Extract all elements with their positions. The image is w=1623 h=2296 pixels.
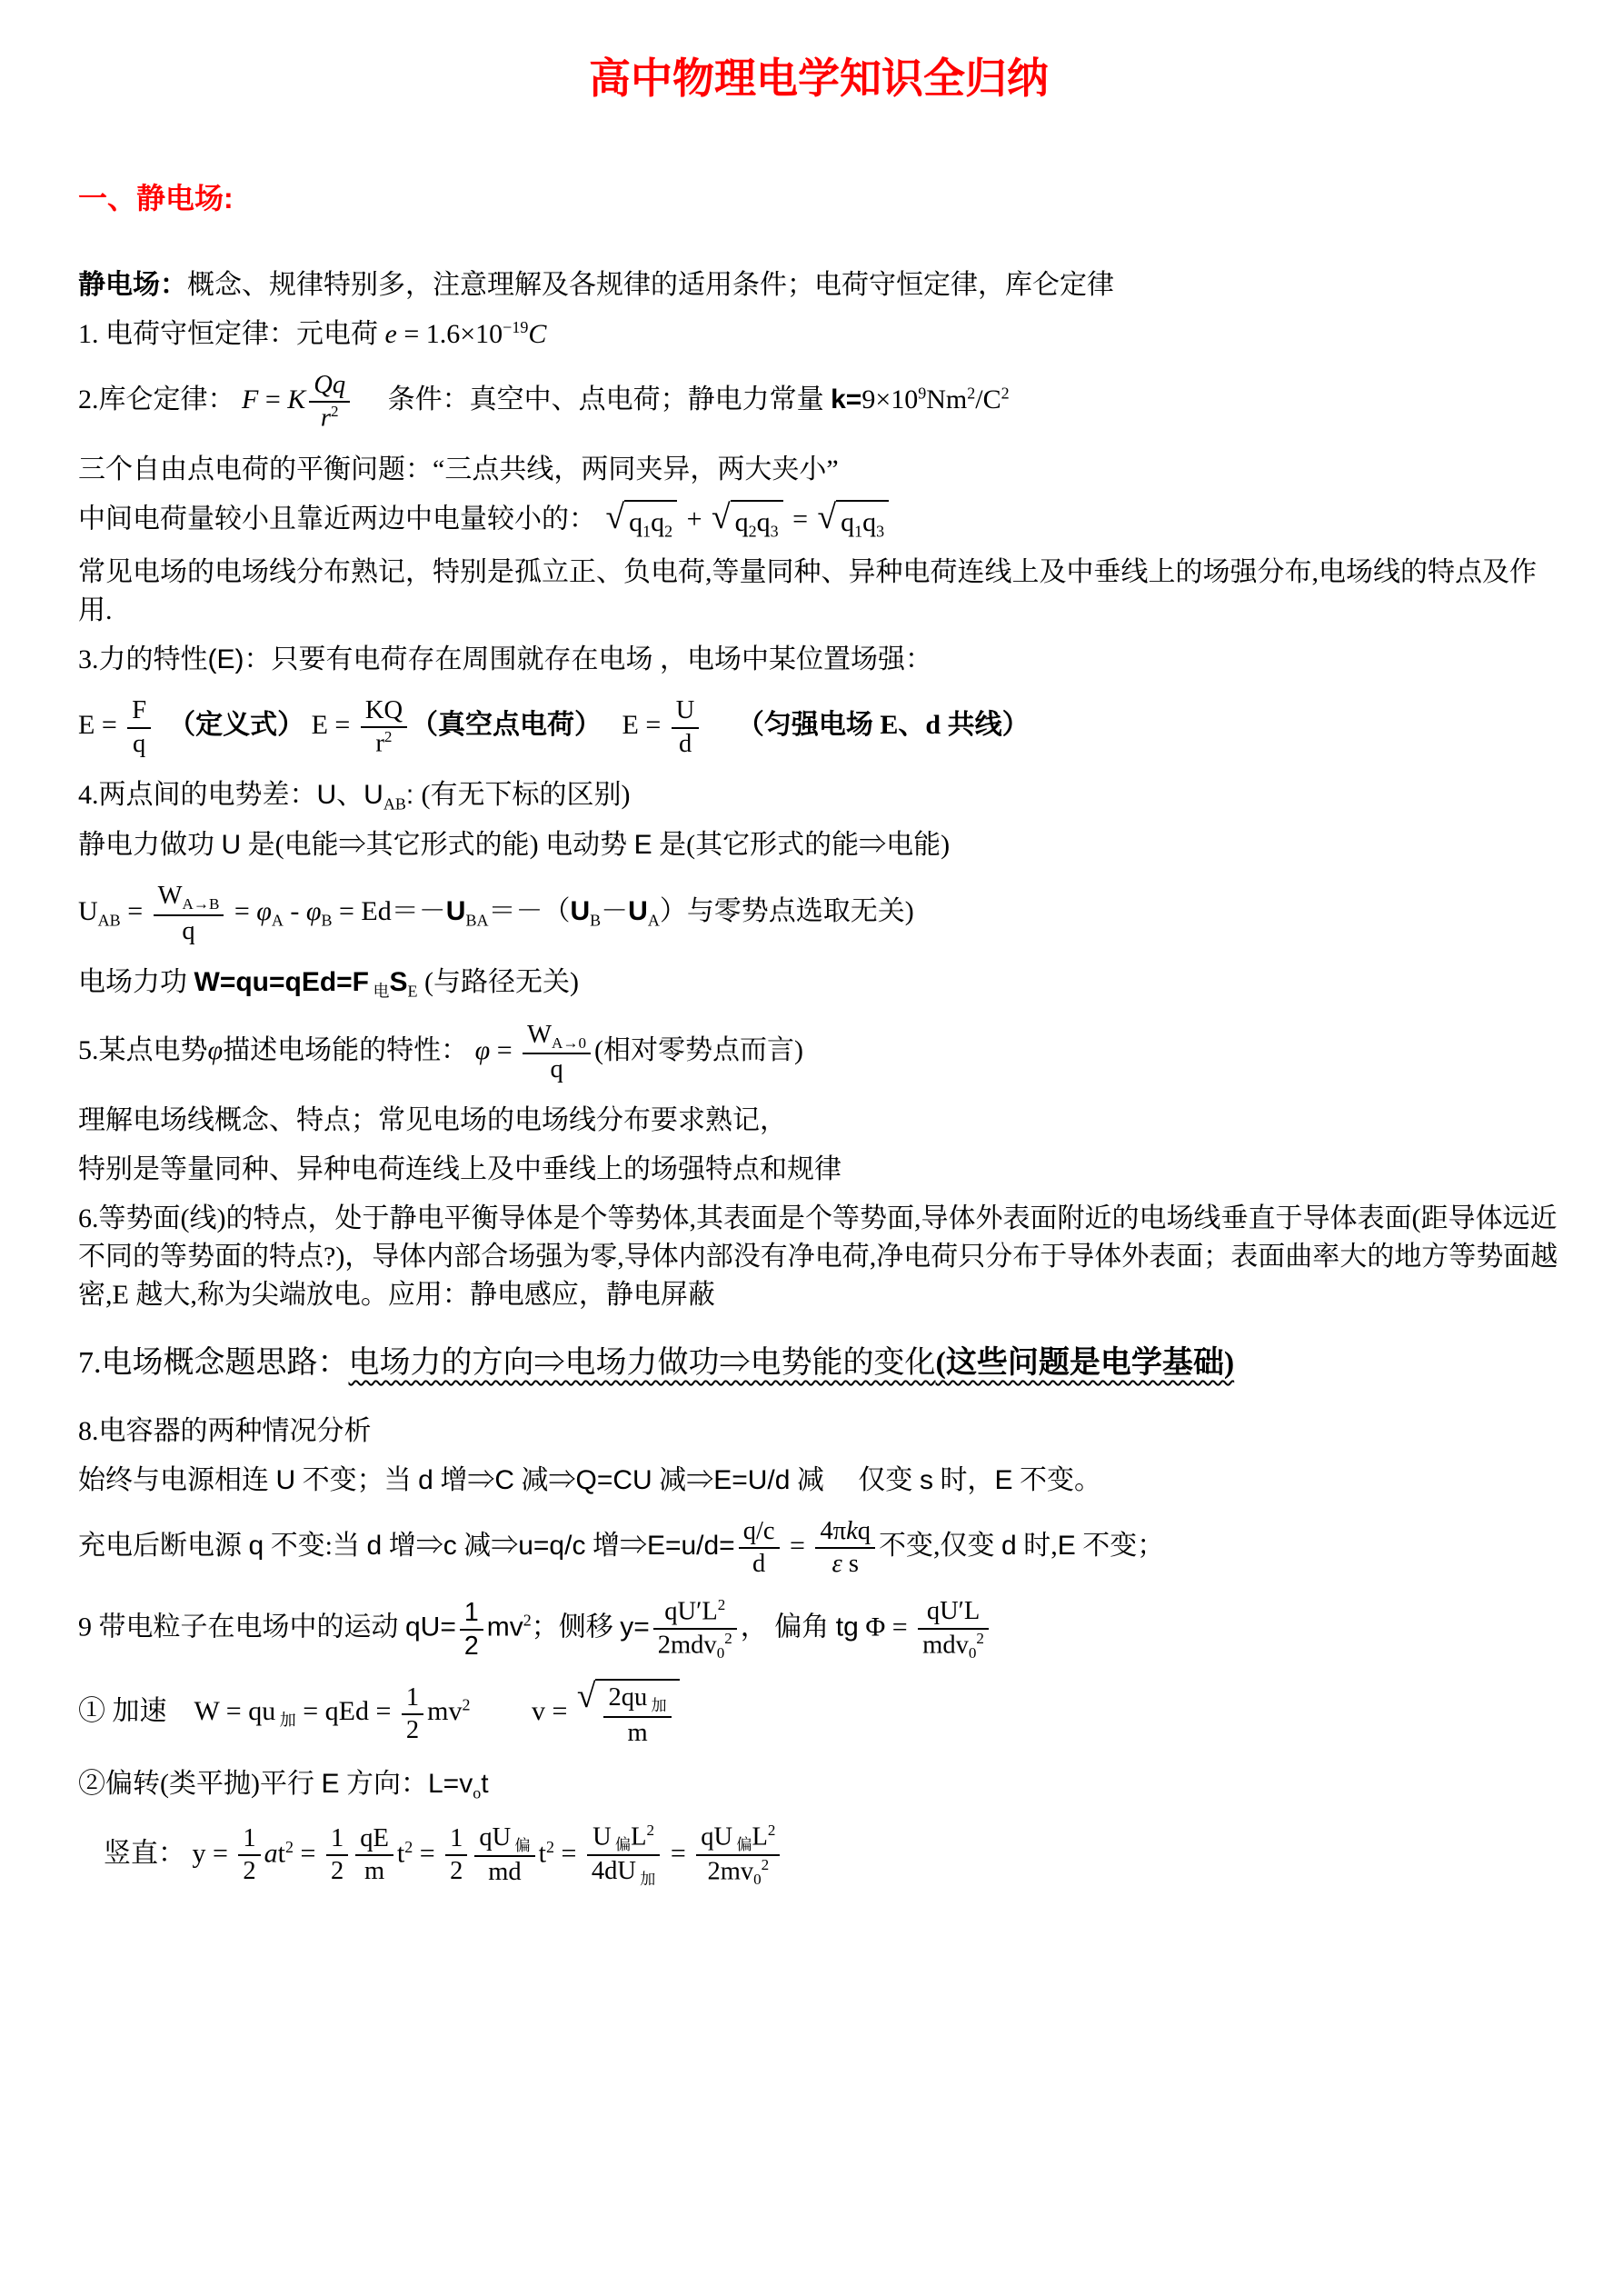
text-run: C xyxy=(528,319,546,349)
text-run: 2 xyxy=(406,1716,419,1744)
text-run: U xyxy=(676,696,695,724)
text-run: q xyxy=(735,507,749,537)
section-heading: 一、静电场: xyxy=(78,178,1559,219)
text-run: U、U xyxy=(317,780,383,810)
text-run: 2 xyxy=(664,522,672,540)
text-run: (E) xyxy=(208,644,244,674)
text-run: 9 xyxy=(918,384,926,403)
text-run: 2 xyxy=(1001,384,1010,403)
text-run: （真空点电荷） xyxy=(411,711,588,741)
fraction: 12 xyxy=(460,1597,483,1662)
field-lines-note: 常见电场的电场线分布熟记，特别是孤立正、负电荷,等量同种、异种电荷连线上及中垂线… xyxy=(78,554,1559,630)
text-run: 1 xyxy=(450,1824,463,1852)
text-run: 2 xyxy=(967,384,975,403)
text-run: 2 xyxy=(768,1822,776,1839)
text-run: 2 xyxy=(331,403,339,420)
text-run: e xyxy=(385,319,397,349)
text-run: L=v xyxy=(428,1769,473,1799)
text-run: c xyxy=(443,1531,457,1561)
text-run: ） xyxy=(660,897,687,927)
text-run: 电场力的方向⇒电场力做功⇒电势能的变化 xyxy=(349,1346,936,1380)
vertical-displacement-formula: 竖直： y = 12at2 = 12qEmt2 = 12qU 偏mdt2 = U… xyxy=(78,1822,1559,1890)
text-run: = qEd = xyxy=(296,1697,398,1727)
document-body: 一、静电场:静电场：概念、规律特别多，注意理解及各规律的适用条件；电荷守恒定律，… xyxy=(78,178,1559,1890)
fraction: 12 xyxy=(402,1682,423,1746)
item-7-concept-path: 7.电场概念题思路：电场力的方向⇒电场力做功⇒电势能的变化(这些问题是电学基础) xyxy=(78,1342,1559,1385)
field-line-review-1: 理解电场线概念、特点；常见电场的电场线分布要求熟记， xyxy=(78,1102,1559,1140)
acceleration-formula: ① 加速 W = qu 加 = qEd = 12mv2 v = √2qu 加m xyxy=(78,1679,1559,1749)
text-run: q xyxy=(133,730,145,758)
text-run: t xyxy=(278,1838,285,1868)
text-run: ＝－（ xyxy=(488,897,570,927)
text-run: tg xyxy=(836,1612,859,1642)
field-work-formula: 电场力功 W=qu=qEd=F 电SE (与路径无关) xyxy=(78,963,1559,1003)
text-run: y = xyxy=(193,1838,235,1868)
text-run: 0 xyxy=(753,1872,762,1889)
text-run: B xyxy=(590,912,601,930)
text-run: v = xyxy=(532,1697,574,1727)
text-run: E = xyxy=(588,711,668,741)
text-run: = xyxy=(413,1838,442,1868)
text-run: E=u/d= xyxy=(647,1531,735,1561)
text-run: q xyxy=(841,507,854,537)
text-run: = xyxy=(663,1838,692,1868)
text-run: = xyxy=(554,1838,583,1868)
fraction: Qqr2 xyxy=(309,370,350,434)
text-run: 2 xyxy=(331,1857,344,1885)
text-run: o xyxy=(473,1783,481,1802)
fraction: qEm xyxy=(355,1823,393,1887)
text-run: U xyxy=(78,897,98,927)
fraction: 2qu 加m xyxy=(603,1682,671,1749)
text-run: = xyxy=(786,504,815,534)
text-run: s xyxy=(920,1465,933,1495)
text-run: d xyxy=(418,1465,433,1495)
text-run: L xyxy=(752,1822,767,1851)
text-run: E xyxy=(321,1769,339,1799)
text-run: E = xyxy=(304,711,357,741)
text-run: 2 xyxy=(647,1822,655,1839)
text-run: 2 xyxy=(462,1696,470,1714)
text-run: −19 xyxy=(503,318,528,336)
text-run: 2mv xyxy=(707,1858,753,1886)
fraction: KQr2 xyxy=(361,695,407,760)
text-run: 2 xyxy=(523,1612,532,1630)
text-run: = xyxy=(121,897,150,927)
text-run: + xyxy=(680,504,709,534)
text-run: （匀强电场 E、d 共线） xyxy=(737,711,1030,741)
text-run: 2 xyxy=(243,1857,255,1885)
item-8-capacitor: 8.电容器的两种情况分析 xyxy=(78,1413,1559,1451)
text-run: 1 xyxy=(642,522,651,540)
text-run: = xyxy=(258,384,287,414)
fraction: WA→0q xyxy=(523,1020,591,1086)
fraction: Fq xyxy=(127,695,151,759)
fraction: WA→Bq xyxy=(154,881,224,947)
text-run: = xyxy=(227,897,256,927)
text-run: s xyxy=(842,1550,859,1578)
text-run: k xyxy=(846,1517,858,1545)
text-run: E xyxy=(408,982,418,1000)
text-run: 加 xyxy=(275,1712,296,1730)
fraction: 4πkqε s xyxy=(815,1516,875,1580)
fraction: qU 偏L22mv02 xyxy=(696,1822,780,1890)
text-run: 1 xyxy=(243,1824,255,1852)
fraction: 12 xyxy=(238,1823,260,1887)
text-run: 1 xyxy=(406,1683,419,1712)
document-page: 高中物理电学知识全归纳 一、静电场:静电场：概念、规律特别多，注意理解及各规律的… xyxy=(0,0,1623,2296)
square-root: √q1q2 xyxy=(606,500,678,543)
text-run: q xyxy=(550,1055,563,1083)
text-run: qU= xyxy=(405,1612,456,1642)
text-run: 静电场： xyxy=(78,270,187,300)
text-run: t xyxy=(481,1769,488,1799)
text-run: KQ xyxy=(365,696,403,724)
item-4-potential-difference: 4.两点间的电势差：U、UAB: (有无下标的区别) xyxy=(78,776,1559,815)
text-run: m xyxy=(627,1719,647,1747)
text-run: A xyxy=(648,912,660,930)
text-run: = xyxy=(490,1035,519,1065)
text-run: mv xyxy=(487,1612,523,1642)
text-run: 1 xyxy=(464,1598,479,1627)
text-run: qU xyxy=(479,1823,511,1852)
text-run: d xyxy=(1001,1531,1017,1561)
square-root: √q1q3 xyxy=(818,500,890,543)
text-run: F xyxy=(132,696,146,724)
text-run: Φ = xyxy=(859,1612,914,1642)
text-run: = xyxy=(294,1838,323,1868)
text-run: 2 xyxy=(762,1856,770,1873)
text-run: a xyxy=(264,1838,278,1868)
text-run: = 1.6×10 xyxy=(397,319,503,349)
item-3-field-strength: 3.力的特性(E)：只要有电荷存在周围就存在电场 ，电场中某位置场强： xyxy=(78,641,1559,679)
text-run: （定义式） xyxy=(182,711,304,741)
item-9-particle-motion: 9 带电粒子在电场中的运动 qU=12mv2；侧移 y=qU′L22mdv02，… xyxy=(78,1596,1559,1662)
text-run: r xyxy=(375,730,384,758)
text-run: 2 xyxy=(976,1630,984,1647)
text-run: q xyxy=(249,1531,264,1561)
text-run: md xyxy=(488,1858,521,1886)
text-run: 1 xyxy=(331,1824,344,1852)
text-run: W=qu=qEd=F xyxy=(194,967,370,997)
text-run: W xyxy=(527,1021,552,1049)
text-run: qU xyxy=(701,1822,732,1851)
text-run: S xyxy=(390,967,408,997)
fraction: qU′L22mdv02 xyxy=(653,1596,737,1662)
text-run: 2 xyxy=(724,1630,732,1647)
text-run: 2 xyxy=(384,728,393,745)
text-run: φ xyxy=(475,1035,491,1065)
text-run: U xyxy=(628,897,648,927)
text-run: 偏 xyxy=(511,1837,530,1854)
text-run: AB xyxy=(98,912,121,930)
fraction: qU 偏md xyxy=(474,1822,534,1889)
fraction: 12 xyxy=(326,1823,348,1887)
text-run: 4π xyxy=(820,1517,846,1545)
text-run: mv xyxy=(427,1697,462,1727)
text-run: 1 xyxy=(854,522,862,540)
text-run: t xyxy=(539,1838,546,1868)
text-run: U xyxy=(570,897,590,927)
text-run: U xyxy=(592,1822,612,1851)
text-run: BA xyxy=(465,912,488,930)
text-run: (这些问题是电学基础) xyxy=(936,1346,1235,1380)
text-run: q xyxy=(757,507,771,537)
text-run: W = qu xyxy=(194,1697,276,1727)
text-run: E = xyxy=(78,711,124,741)
text-run: d xyxy=(679,730,692,758)
fraction: q/cd xyxy=(739,1516,780,1580)
text-run: 3 xyxy=(771,522,779,540)
text-run: r xyxy=(321,404,331,433)
square-root: √q2q3 xyxy=(712,500,783,543)
text-run: E xyxy=(634,830,652,860)
deflection-note: ②偏转(类平抛)平行 E 方向：L=vot xyxy=(78,1765,1559,1804)
text-run: d xyxy=(752,1550,765,1578)
middle-charge-relation: 中间电荷量较小且靠近两边中电量较小的： √q1q2 + √q2q3 = √q1q… xyxy=(78,500,1559,543)
item-6-equipotential: 6.等势面(线)的特点，处于静电平衡导体是个等势体,其表面是个等势面,导体外表面… xyxy=(78,1200,1559,1314)
text-run: U xyxy=(222,830,242,860)
text-run: 加 xyxy=(636,1871,655,1888)
uab-formula: UAB = WA→Bq = φA - φB = Ed＝－UBA＝－（UB－UA）… xyxy=(78,881,1559,947)
text-run: 2 xyxy=(749,522,757,540)
work-energy-note: 静电力做功 U 是(电能⇒其它形式的能) 电动势 E 是(其它形式的能⇒电能) xyxy=(78,826,1559,864)
text-run: ε xyxy=(832,1550,842,1578)
text-run: 0 xyxy=(717,1644,725,1662)
text-run: mdv xyxy=(922,1631,969,1659)
text-run: qU′L xyxy=(927,1597,980,1625)
text-run: 偏 xyxy=(732,1836,752,1853)
text-run: A→0 xyxy=(552,1034,586,1052)
text-run: 9×10 xyxy=(861,384,918,414)
three-charges-balance: 三个自由点电荷的平衡问题：“三点共线，两同夹异，两大夹小” xyxy=(78,451,1559,489)
text-run: /C xyxy=(975,384,1001,414)
text-run: A→B xyxy=(183,895,220,913)
item-2-coulomb-law: 2.库仑定律： F = KQqr2 条件：真空中、点电荷；静电力常量 k=9×1… xyxy=(78,370,1559,434)
text-run: Nm xyxy=(926,384,967,414)
text-run: E xyxy=(1058,1531,1076,1561)
text-run: AB xyxy=(383,794,406,813)
text-run: E=U/d xyxy=(713,1465,790,1495)
text-run: － xyxy=(601,897,628,927)
text-run: - xyxy=(284,897,306,927)
text-run: φ xyxy=(306,897,322,927)
text-run: 2qu xyxy=(608,1683,647,1712)
fraction: 12 xyxy=(445,1823,467,1887)
text-run: qE xyxy=(360,1824,389,1852)
text-run: W xyxy=(158,882,183,910)
field-line-review-2: 特别是等量同种、异种电荷连线上及中垂线上的场强特点和规律 xyxy=(78,1151,1559,1189)
text-run: t xyxy=(397,1838,404,1868)
text-run: 4dU xyxy=(592,1857,636,1885)
text-run: q xyxy=(182,917,194,945)
text-run: L xyxy=(631,1822,646,1851)
text-run: = xyxy=(783,1531,812,1561)
fraction: Ud xyxy=(672,695,700,759)
text-run: 偏 xyxy=(612,1836,631,1853)
text-run: q xyxy=(862,507,876,537)
item-5-potential: 5.某点电势φ描述电场能的特性： φ = WA→0q(相对零势点而言) xyxy=(78,1020,1559,1086)
text-run: m xyxy=(364,1857,384,1885)
text-run: q xyxy=(651,507,664,537)
text-run: C xyxy=(494,1465,514,1495)
intro-paragraph: 静电场：概念、规律特别多，注意理解及各规律的适用条件；电荷守恒定律，库仑定律 xyxy=(78,266,1559,304)
text-run: u=q/c xyxy=(518,1531,585,1561)
text-run: K xyxy=(287,384,305,414)
text-run: Q=CU xyxy=(576,1465,652,1495)
square-root: √2qu 加m xyxy=(577,1679,680,1749)
fraction: qU′Lmdv02 xyxy=(918,1596,989,1662)
text-run: F xyxy=(242,384,258,414)
text-run: U xyxy=(446,897,466,927)
text-run: φ xyxy=(256,897,272,927)
text-run: : xyxy=(406,780,422,810)
text-run: U xyxy=(276,1465,296,1495)
text-run: y= xyxy=(620,1612,650,1642)
fraction: U 偏L24dU 加 xyxy=(587,1822,660,1890)
text-run: 2 xyxy=(718,1596,726,1613)
text-run: q xyxy=(858,1517,871,1545)
text-run: qU′L xyxy=(664,1597,717,1625)
text-run: 2mdv xyxy=(658,1631,717,1659)
text-run: = Ed＝－ xyxy=(333,897,446,927)
text-run: 2 xyxy=(404,1837,413,1855)
text-run: 2 xyxy=(464,1632,479,1661)
item-1-charge-conservation: 1. 电荷守恒定律：元电荷 e = 1.6×10−19C xyxy=(78,315,1559,354)
text-run: 电 xyxy=(369,982,390,1000)
text-run: 2 xyxy=(546,1837,554,1855)
text-run: 2 xyxy=(285,1837,294,1855)
text-run: q xyxy=(629,507,642,537)
doc-title: 高中物理电学知识全归纳 xyxy=(78,49,1559,107)
text-run: B xyxy=(322,912,333,930)
text-run: Qq xyxy=(314,371,345,399)
text-run: q/c xyxy=(743,1517,775,1545)
field-strength-formulas: E = Fq （定义式） E = KQr2（真空点电荷） E = Ud （匀强电… xyxy=(78,695,1559,760)
text-run: 3 xyxy=(876,522,884,540)
capacitor-case-1: 始终与电源相连 U 不变；当 d 增⇒C 减⇒Q=CU 减⇒E=U/d 减 仅变… xyxy=(78,1462,1559,1500)
text-run: 加 xyxy=(647,1697,666,1714)
text-run: E xyxy=(994,1465,1012,1495)
text-run: φ xyxy=(208,1035,224,1065)
text-run: d xyxy=(367,1531,383,1561)
text-run: 2 xyxy=(450,1857,463,1885)
text-run: A xyxy=(272,912,284,930)
capacitor-case-2: 充电后断电源 q 不变:当 d 增⇒c 减⇒u=q/c 增⇒E=u/d=q/cd… xyxy=(78,1516,1559,1580)
text-run: k= xyxy=(831,384,861,414)
